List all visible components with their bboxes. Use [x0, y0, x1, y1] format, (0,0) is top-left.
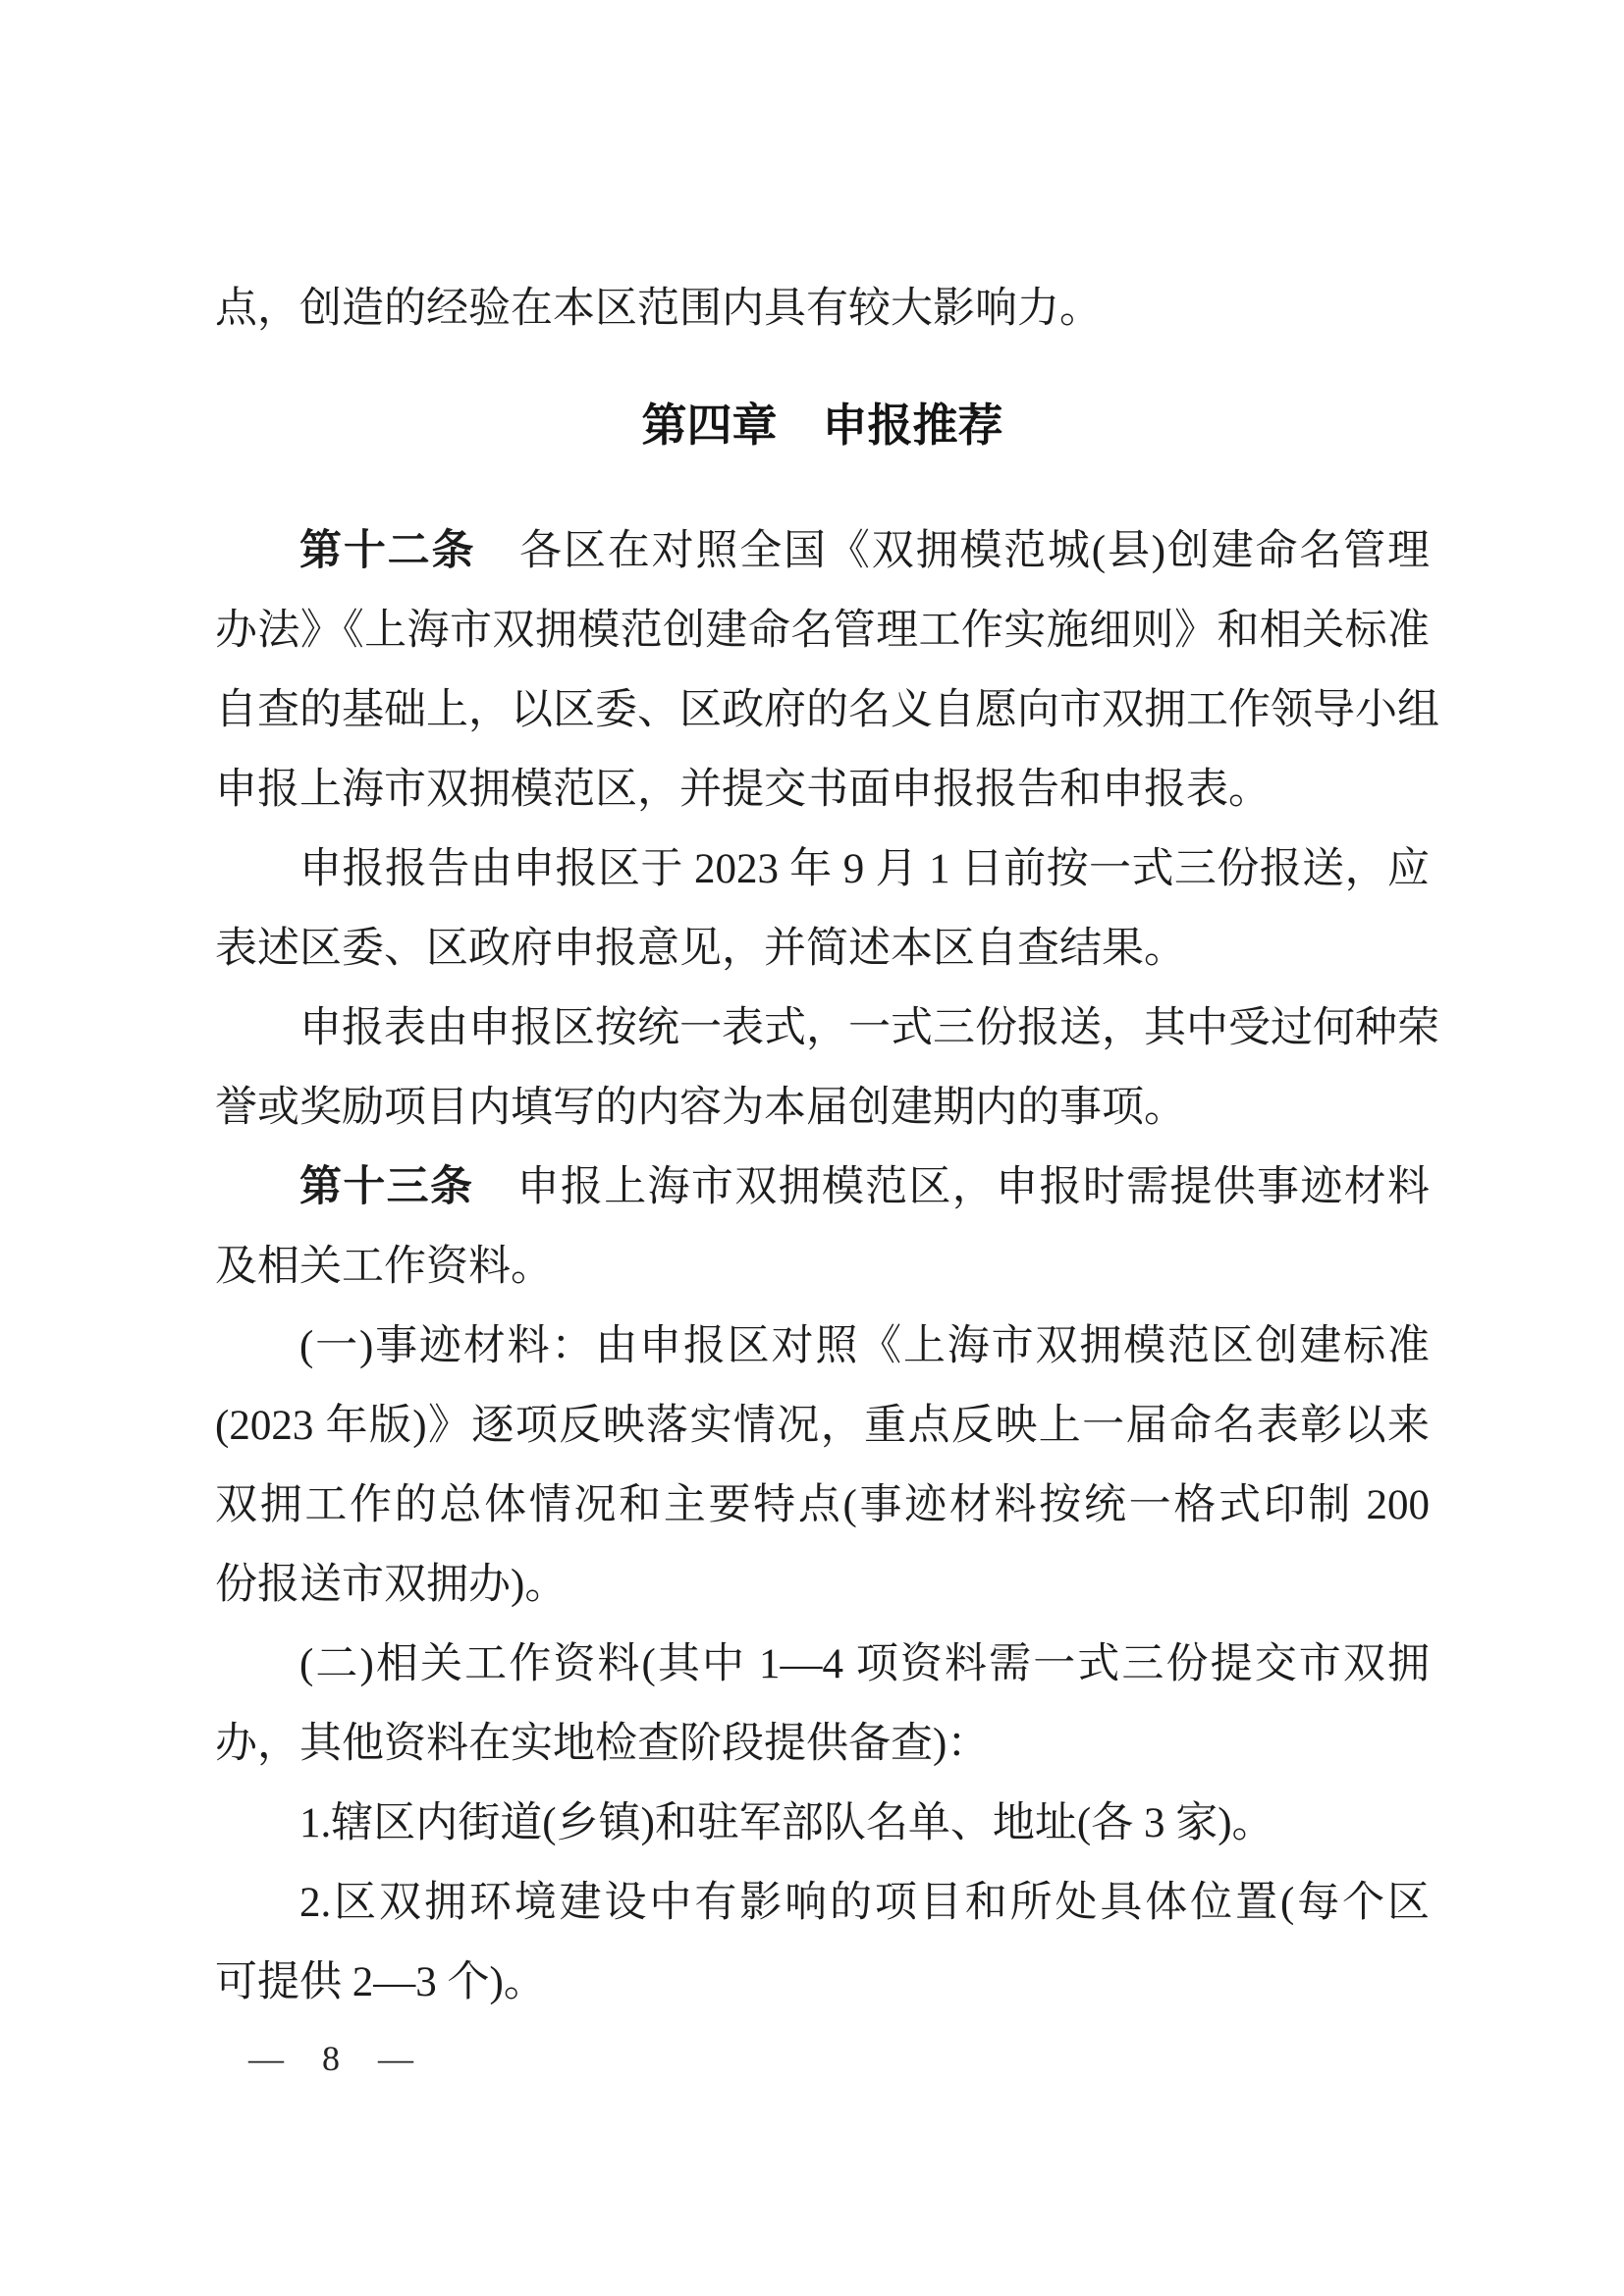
article-number: 第十二条	[299, 527, 475, 574]
page-content: 点，创造的经验在本区范围内具有较大影响力。 第四章 申报推荐 第十二条 各区在对…	[215, 0, 1430, 2022]
body-line: 申报表由申报区按统一表式，一式三份报送，其中受过何种荣	[215, 988, 1430, 1068]
continuation-line: 点，创造的经验在本区范围内具有较大影响力。	[215, 269, 1430, 348]
body-line: 办，其他资料在实地检查阶段提供备查)：	[215, 1704, 1430, 1784]
body-line: 申报报告由申报区于 2023 年 9 月 1 日前按一式三份报送，应	[215, 829, 1430, 909]
body-line: 份报送市双拥办)。	[215, 1545, 1430, 1625]
line-text: 各区在对照全国《双拥模范城(县)创建命名管理	[475, 528, 1430, 574]
body-line: 2.区双拥环境建设中有影响的项目和所处具体位置(每个区	[215, 1863, 1430, 1943]
article-number: 第十三条	[299, 1163, 473, 1210]
body-line: 办法》《上海市双拥模范创建命名管理工作实施细则》和相关标准	[215, 591, 1430, 670]
document-page: 点，创造的经验在本区范围内具有较大影响力。 第四章 申报推荐 第十二条 各区在对…	[0, 0, 1624, 2296]
body-line: 第十二条 各区在对照全国《双拥模范城(县)创建命名管理	[215, 511, 1430, 591]
body-line: 自查的基础上，以区委、区政府的名义自愿向市双拥工作领导小组	[215, 670, 1430, 750]
page-number: — 8 —	[248, 2034, 421, 2083]
body-line: (2023 年版)》逐项反映落实情况，重点反映上一届命名表彰以来	[215, 1386, 1430, 1466]
body-line: 第十三条 申报上海市双拥模范区，申报时需提供事迹材料	[215, 1148, 1430, 1227]
body-line: 1.辖区内街道(乡镇)和驻军部队名单、地址(各 3 家)。	[215, 1784, 1430, 1863]
body-line: 及相关工作资料。	[215, 1227, 1430, 1307]
chapter-heading: 第四章 申报推荐	[215, 398, 1430, 453]
line-text: 申报上海市双拥模范区，申报时需提供事迹材料	[473, 1164, 1430, 1210]
body-line: 申报上海市双拥模范区，并提交书面申报报告和申报表。	[215, 750, 1430, 829]
body-line: 誉或奖励项目内填写的内容为本届创建期内的事项。	[215, 1068, 1430, 1148]
body-line: 可提供 2—3 个)。	[215, 1943, 1430, 2022]
body-line: (一)事迹材料：由申报区对照《上海市双拥模范区创建标准	[215, 1307, 1430, 1386]
body-line: 表述区委、区政府申报意见，并简述本区自查结果。	[215, 909, 1430, 988]
body-line: 双拥工作的总体情况和主要特点(事迹材料按统一格式印制 200	[215, 1466, 1430, 1545]
body-line: (二)相关工作资料(其中 1—4 项资料需一式三份提交市双拥	[215, 1625, 1430, 1704]
